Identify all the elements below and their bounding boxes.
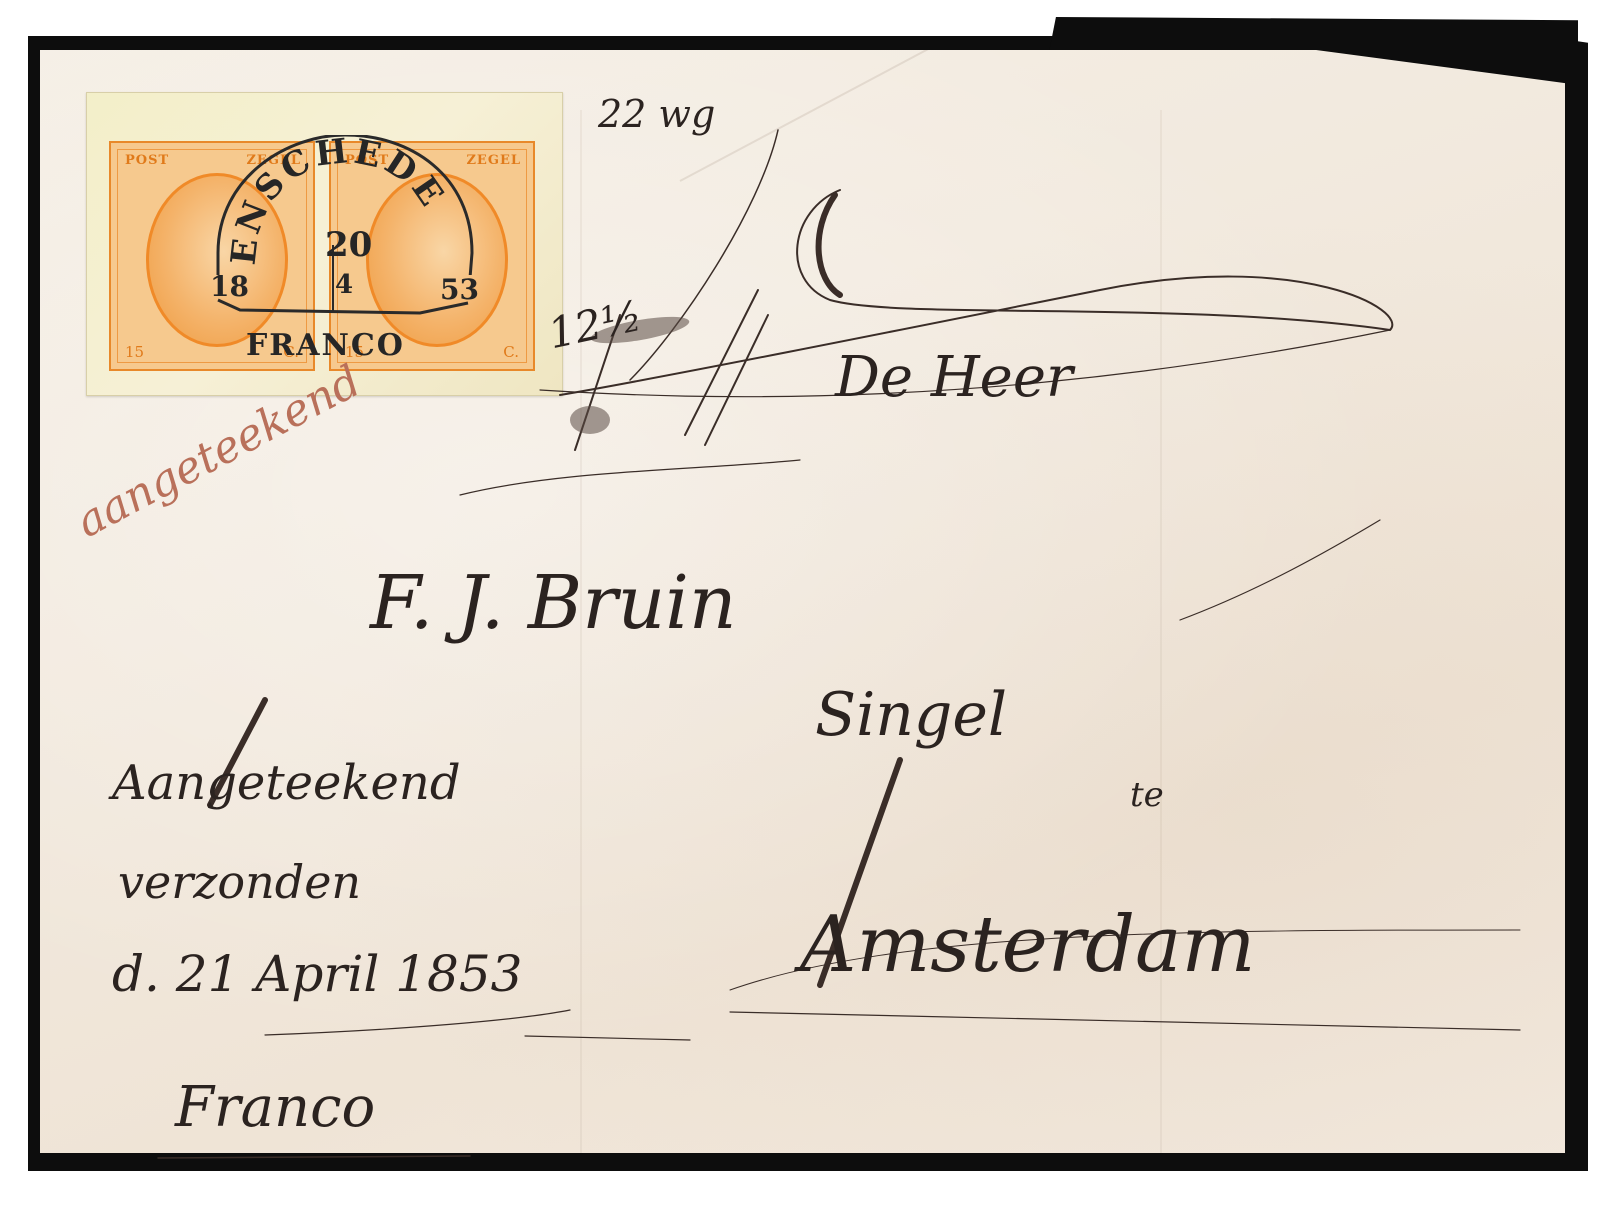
sender-note-line1: Aangeteekend — [112, 755, 461, 811]
address-salutation: De Heer — [835, 345, 1073, 410]
address-prefix: te — [1130, 775, 1164, 815]
postmark-franco: FRANCO — [246, 328, 405, 363]
postmark-month: 4 — [335, 270, 353, 300]
postmark-day: 20 — [325, 225, 372, 265]
paper-fold — [1160, 110, 1162, 1190]
sender-note-line4: Franco — [175, 1075, 375, 1140]
stamp-currency: C. — [503, 343, 519, 361]
address-city: Amsterdam — [800, 900, 1256, 990]
stamp-value: 15 — [125, 343, 144, 361]
address-street: Singel — [815, 680, 1007, 750]
sender-note-line3: d. 21 April 1853 — [112, 945, 522, 1003]
postmark-year: 53 — [440, 273, 479, 306]
weight-notation: 22 wg — [598, 92, 715, 136]
paper-fold — [580, 110, 582, 1190]
address-name: F. J. Bruin — [370, 560, 737, 646]
postmark-cancellation: ENSCHEDE 20 4 18 53 FRANCO — [210, 135, 480, 335]
postmark-hour-left: 18 — [210, 270, 249, 303]
sender-note-line2: verzonden — [118, 855, 361, 909]
stamp-label-post: POST — [125, 153, 169, 168]
